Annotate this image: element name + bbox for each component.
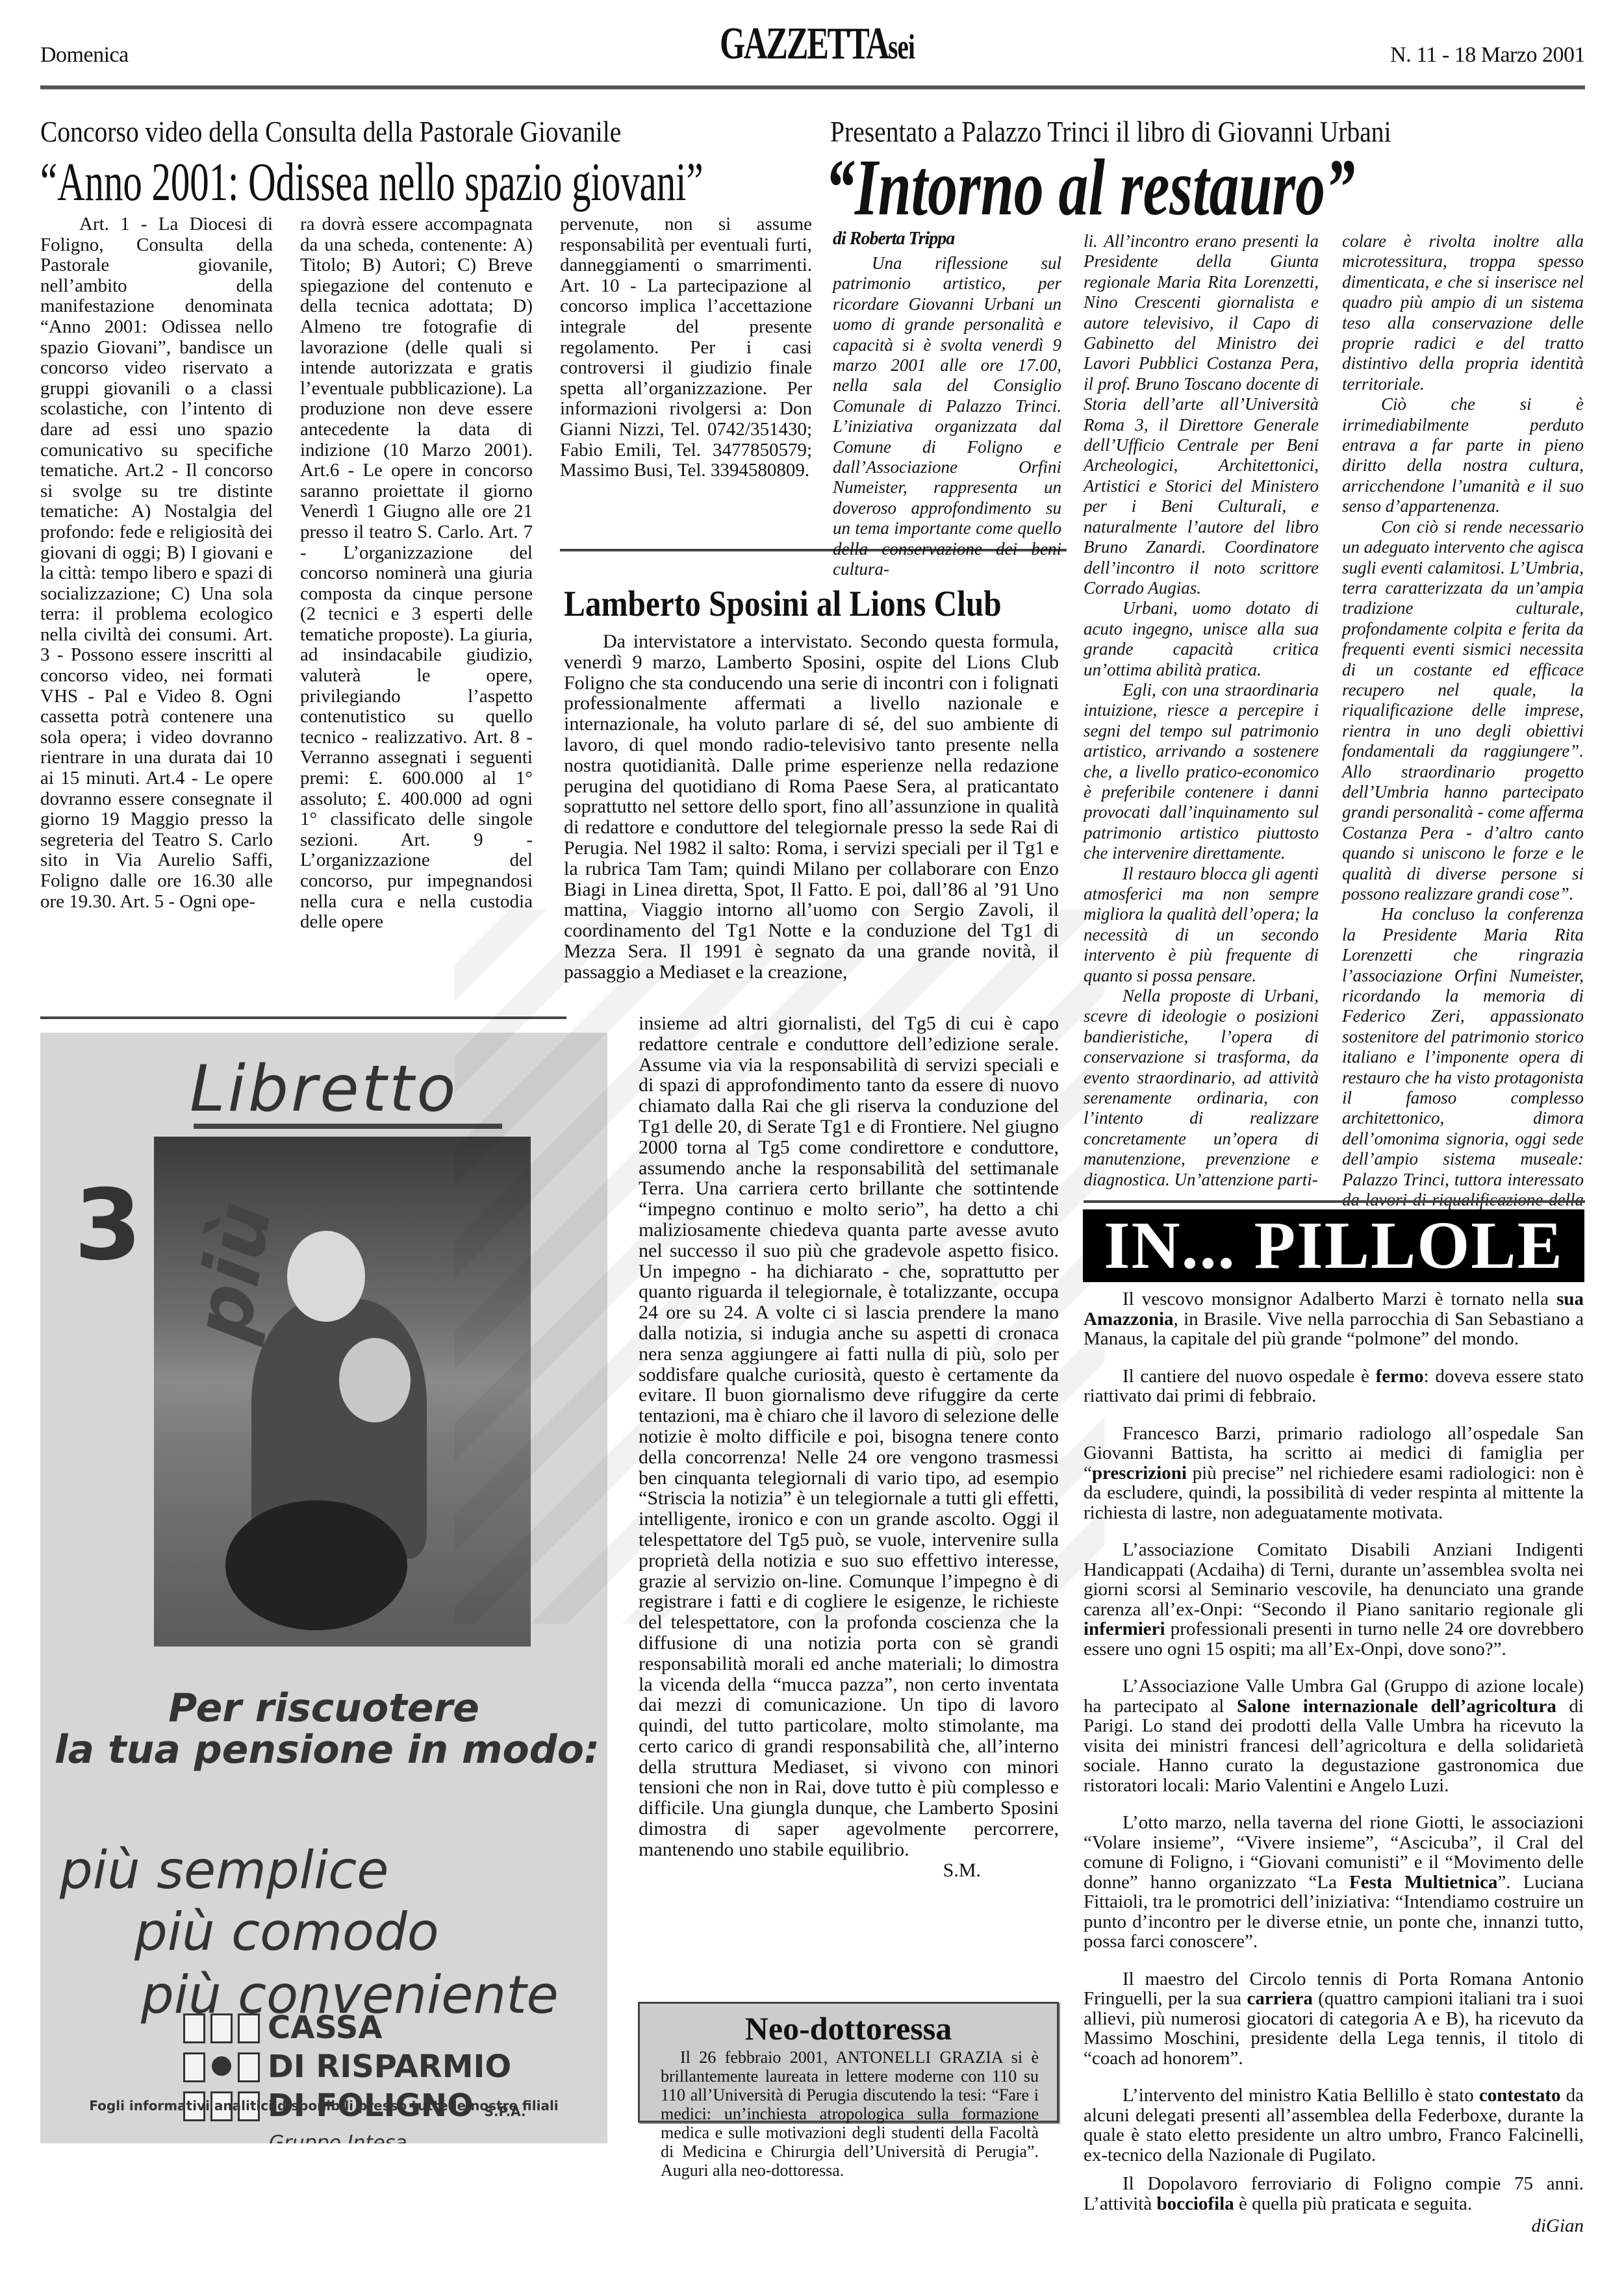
section-divider bbox=[40, 1016, 566, 1019]
restauro-column-3: colare è rivolta inoltre alla microtessi… bbox=[1342, 231, 1584, 1231]
bank-advertisement[interactable]: Libretto 3 più Per riscuotere la tua pen… bbox=[40, 1033, 607, 2143]
masthead-logo: GAZZETTAsei bbox=[720, 18, 915, 70]
concorso-col3-text: pervenute, non si assume responsabilità … bbox=[560, 214, 812, 481]
sposini-signature: S.M. bbox=[639, 1860, 1059, 1881]
restauro-paragraph: li. All’incontro erano presenti la Presi… bbox=[1084, 231, 1319, 598]
logo-dot-icon bbox=[212, 2056, 231, 2076]
concorso-column-1: Art. 1 - La Diocesi di Foligno, Consulta… bbox=[40, 214, 273, 912]
page-day: Domenica bbox=[40, 43, 129, 68]
concorso-headline: “Anno 2001: Odissea nello spazio giovani… bbox=[40, 151, 704, 214]
header-rule bbox=[40, 85, 1585, 90]
pillole-banner: IN... PILLOLE bbox=[1083, 1209, 1584, 1282]
neo-dottoressa-box: Neo-dottoressa Il 26 febbraio 2001, ANTO… bbox=[638, 2002, 1059, 2123]
neo-dottoressa-title: Neo-dottoressa bbox=[640, 2012, 1057, 2045]
sposini-headline: Lamberto Sposini al Lions Club bbox=[564, 583, 1002, 625]
restauro-column-1: Una riflessione sul patrimonio artistico… bbox=[833, 253, 1061, 580]
restauro-headline: “Intorno al restauro” bbox=[825, 142, 1355, 234]
concorso-column-2: ra dovrà essere accompagnata da una sche… bbox=[300, 214, 533, 933]
restauro-byline: di Roberta Trippa bbox=[833, 229, 954, 249]
concorso-col2-text: ra dovrà essere accompagnata da una sche… bbox=[300, 214, 533, 933]
bank-name-line-2: DI RISPARMIO bbox=[268, 2049, 511, 2085]
masthead-title: GAZZETTA bbox=[720, 19, 888, 69]
logo-square-icon bbox=[210, 2013, 233, 2043]
logo-square-icon bbox=[238, 2013, 260, 2043]
restauro-paragraph: Con ciò si rende necessario un adeguato … bbox=[1342, 517, 1584, 905]
ad-number: 3 bbox=[74, 1169, 142, 1282]
masthead-suffix: sei bbox=[888, 27, 915, 66]
neo-dottoressa-text: Il 26 febbraio 2001, ANTONELLI GRAZIA si… bbox=[661, 2048, 1039, 2180]
sposini-body-narrow: insieme ad altri giornalisti, del Tg5 di… bbox=[639, 1013, 1059, 1880]
restauro-paragraph: Il restauro blocca gli agenti atmosferic… bbox=[1084, 864, 1319, 986]
pillole-item: Francesco Barzi, primario radiologo all’… bbox=[1084, 1424, 1584, 1523]
restauro-paragraph: Urbani, uomo dotato di acuto ingegno, un… bbox=[1084, 598, 1319, 680]
bank-name-line-1: CASSA bbox=[268, 2010, 383, 2046]
section-divider bbox=[1084, 1200, 1585, 1203]
pillole-item: Il Dopolavoro ferroviario di Foligno com… bbox=[1084, 2174, 1584, 2214]
ad-benefit-2: più comodo bbox=[134, 1900, 439, 1965]
pillole-item: Il maestro del Circolo tennis di Porta R… bbox=[1084, 1969, 1584, 2069]
pillole-item: L’associazione Comitato Disabili Anziani… bbox=[1084, 1540, 1584, 1659]
sposini-text-wide: Da intervistatore a intervistato. Second… bbox=[564, 631, 1059, 983]
restauro-paragraph: Egli, con una straordinaria intuizione, … bbox=[1084, 680, 1319, 864]
ad-title-underline bbox=[194, 1124, 502, 1129]
pillole-item: L’otto marzo, nella taverna del rione Gi… bbox=[1084, 1813, 1584, 1952]
restauro-column-2: li. All’incontro erano presenti la Presi… bbox=[1084, 231, 1319, 1190]
concorso-column-3: pervenute, non si assume responsabilità … bbox=[560, 214, 812, 481]
restauro-paragraph: Nella proposte di Urbani, scevre di ideo… bbox=[1084, 986, 1319, 1190]
photo-child-head bbox=[339, 1338, 411, 1422]
issue-number: N. 11 - 18 Marzo 2001 bbox=[1390, 43, 1585, 68]
photo-adult-head bbox=[287, 1231, 365, 1322]
pillole-item: Il vescovo monsignor Adalberto Marzi è t… bbox=[1084, 1289, 1584, 1349]
pillole-list: Il vescovo monsignor Adalberto Marzi è t… bbox=[1084, 1289, 1584, 2254]
concorso-kicker: Concorso video della Consulta della Past… bbox=[40, 114, 621, 149]
concorso-col1-text: Art. 1 - La Diocesi di Foligno, Consulta… bbox=[40, 214, 273, 912]
pillole-item: L’intervento del ministro Katia Bellillo… bbox=[1084, 2086, 1584, 2165]
sposini-body-wide: Da intervistatore a intervistato. Second… bbox=[564, 631, 1059, 983]
neo-dottoressa-body: Il 26 febbraio 2001, ANTONELLI GRAZIA si… bbox=[661, 2048, 1039, 2180]
ad-footer-note: Fogli informativi analitici disponibili … bbox=[40, 2098, 607, 2113]
bank-group: Gruppo Intesa bbox=[269, 2132, 407, 2143]
pillole-signature: diGian bbox=[1084, 2216, 1584, 2236]
sposini-text-narrow: insieme ad altri giornalisti, del Tg5 di… bbox=[639, 1013, 1059, 1860]
pillole-item: L’Associazione Valle Umbra Gal (Gruppo d… bbox=[1084, 1676, 1584, 1795]
logo-square-icon bbox=[183, 2013, 205, 2043]
restauro-paragraph: Ciò che si è irrimediabilmente perduto e… bbox=[1342, 394, 1584, 516]
restauro-paragraph: colare è rivolta inoltre alla microtessi… bbox=[1342, 231, 1584, 394]
photo-dog bbox=[225, 1500, 407, 1630]
ad-tagline-2: la tua pensione in modo: bbox=[55, 1724, 607, 1776]
logo-square-icon bbox=[183, 2052, 205, 2082]
restauro-col1-text: Una riflessione sul patrimonio artistico… bbox=[833, 253, 1061, 580]
pillole-item: Il cantiere del nuovo ospedale è fermo: … bbox=[1084, 1367, 1584, 1406]
restauro-paragraph: Ha concluso la conferenza la Presidente … bbox=[1342, 904, 1584, 1231]
ad-benefit-1: più semplice bbox=[60, 1838, 388, 1903]
logo-square-icon bbox=[238, 2052, 260, 2082]
ad-title: Libretto bbox=[190, 1052, 458, 1126]
